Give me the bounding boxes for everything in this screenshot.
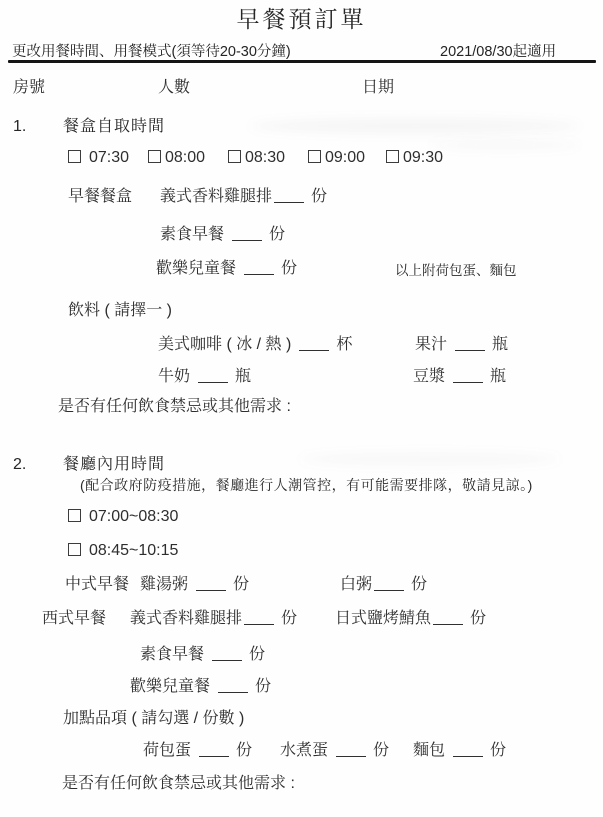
chinese-breakfast-label: 中式早餐 [65,574,129,596]
drink-milk-label: 牛奶 [158,368,190,385]
pickup-time-checkbox-0730[interactable] [68,150,81,163]
dinein-time-checkbox-0700[interactable] [68,509,81,522]
dinein-time-label-0845: 08:45~10:15 [89,542,178,559]
dinein-time-checkbox-0845[interactable] [68,543,81,556]
west-fish-label: 日式鹽烤鯖魚 [335,610,431,627]
date-label: 日期 [362,77,394,99]
pickup-time-label-0900: 09:00 [325,149,365,166]
item-veg-unit: 份 [269,226,285,243]
s2-kids-qty-blank[interactable] [218,678,248,693]
item-kids-qty-blank[interactable] [244,260,274,275]
drinks-title: 飲料 ( 請擇一 ) [68,300,172,322]
s2-veg-qty-blank[interactable] [212,646,242,661]
dinein-time-label-0700: 07:00~08:30 [89,508,178,525]
pax-label: 人數 [158,77,190,99]
drink-milk-qty-blank[interactable] [198,368,228,383]
addon-bread-unit: 份 [490,742,506,759]
header-divider [8,60,596,63]
item-chicken-label: 義式香料雞腿排 [160,188,272,205]
covid-control-note: (配合政府防疫措施，餐廳進行人潮管控，有可能需要排隊，敬請見諒。) [80,474,533,496]
drink-juice-qty-blank[interactable] [455,336,485,351]
scan-smudge [430,140,580,150]
west-chicken-label: 義式香料雞腿排 [130,610,242,627]
pickup-time-label-0930: 09:30 [403,149,443,166]
scan-smudge [300,452,560,466]
s2-veg-unit: 份 [249,646,265,663]
pickup-time-label-0830: 08:30 [245,149,285,166]
item-chicken-qty-blank[interactable] [274,188,304,203]
item-kids-label: 歡樂兒童餐 [156,260,236,277]
section1-number: 1. [13,116,26,138]
drink-juice-label: 果汁 [415,336,447,353]
cn-plain-porridge-label: 白粥 [340,576,372,593]
addon-bread-qty-blank[interactable] [453,742,483,757]
pickup-time-label-0800: 08:00 [165,149,205,166]
cn-porridge-label: 雞湯粥 [140,576,188,593]
western-breakfast-label: 西式早餐 [42,608,106,630]
cn-plain-porridge-qty-blank[interactable] [374,576,404,591]
addon-fried-egg-qty-blank[interactable] [199,742,229,757]
addon-boiled-egg-label: 水煮蛋 [280,742,328,759]
addon-boiled-egg-unit: 份 [373,742,389,759]
s2-veg-label: 素食早餐 [140,646,204,663]
cn-plain-porridge-unit: 份 [411,576,427,593]
cn-porridge-unit: 份 [233,576,249,593]
section1-title: 餐盒自取時間 [63,116,165,138]
drink-soy-qty-blank[interactable] [453,368,483,383]
drink-coffee-unit: 杯 [336,336,352,353]
pickup-time-checkbox-0800[interactable] [148,150,161,163]
west-fish-qty-blank[interactable] [433,610,463,625]
cn-porridge-qty-blank[interactable] [196,576,226,591]
item-veg-qty-blank[interactable] [232,226,262,241]
drink-soy-label: 豆漿 [413,368,445,385]
section2-number: 2. [13,454,26,476]
included-items-note: 以上附荷包蛋、麵包 [395,260,517,282]
section1-dietary-question: 是否有任何飲食禁忌或其他需求 : [58,396,291,418]
addon-bread-label: 麵包 [413,742,445,759]
addon-title: 加點品項 ( 請勾選 / 份數 ) [63,708,244,730]
pickup-time-label-0730: 07:30 [89,149,129,166]
west-chicken-unit: 份 [281,610,297,627]
drink-milk-unit: 瓶 [235,368,251,385]
addon-boiled-egg-qty-blank[interactable] [336,742,366,757]
breakfast-order-form: 早餐預訂單 更改用餐時間、用餐模式(須等待20-30分鐘) 2021/08/30… [0,0,603,817]
west-chicken-qty-blank[interactable] [244,610,274,625]
drink-coffee-label: 美式咖啡 ( 冰 / 熱 ) [158,336,291,353]
breakfast-box-label: 早餐餐盒 [68,186,132,208]
item-veg-label: 素食早餐 [160,226,224,243]
scan-smudge [250,118,580,134]
addon-fried-egg-label: 荷包蛋 [143,742,191,759]
drink-coffee-qty-blank[interactable] [299,336,329,351]
drink-soy-unit: 瓶 [490,368,506,385]
page-title: 早餐預訂單 [0,8,603,30]
drink-juice-unit: 瓶 [492,336,508,353]
room-number-label: 房號 [13,77,45,99]
section2-title: 餐廳內用時間 [63,454,165,476]
s2-kids-unit: 份 [255,678,271,695]
pickup-time-checkbox-0930[interactable] [386,150,399,163]
west-fish-unit: 份 [470,610,486,627]
section2-dietary-question: 是否有任何飲食禁忌或其他需求 : [62,773,295,795]
pickup-time-checkbox-0830[interactable] [228,150,241,163]
pickup-time-checkbox-0900[interactable] [308,150,321,163]
item-kids-unit: 份 [281,260,297,277]
s2-kids-label: 歡樂兒童餐 [130,678,210,695]
item-chicken-unit: 份 [311,188,327,205]
addon-fried-egg-unit: 份 [236,742,252,759]
